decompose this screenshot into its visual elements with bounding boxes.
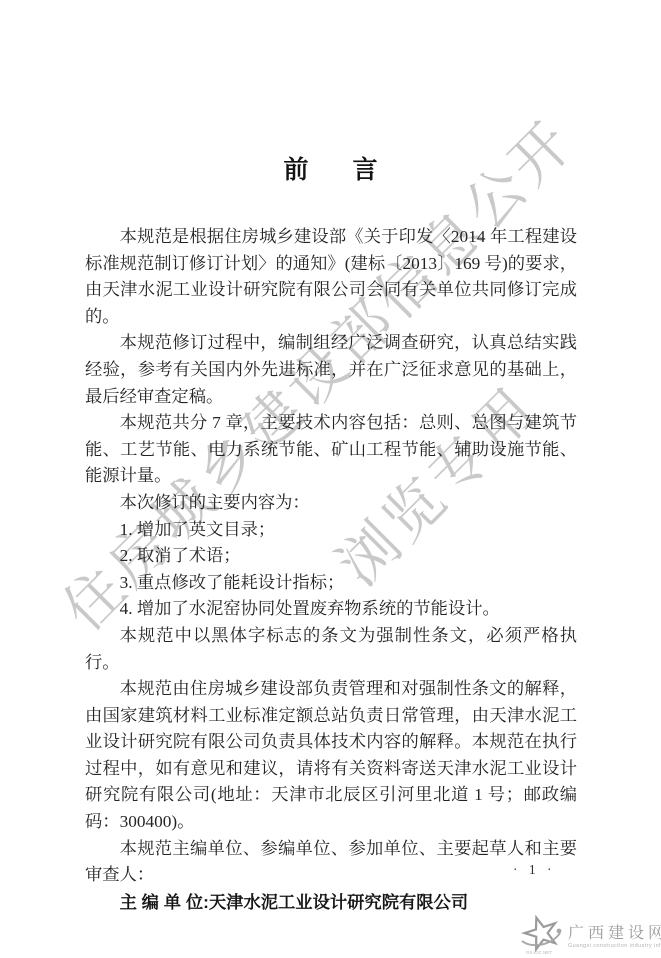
svg-text:GX-CIC NET: GX-CIC NET [526,950,552,955]
page-number: · 1 · [513,862,556,878]
paragraph-units-intro: 本规范主编单位、参编单位、参加单位、主要起草人和主要审查人： [85,836,577,889]
chief-editor-label: 主 编 单 位: [120,892,209,912]
title-char-second: 言 [353,156,378,184]
paragraph-revision-process: 本规范修订过程中，编制组经广泛调查研究，认真总结实践经验，参考有关国内外先进标准… [85,330,577,410]
paragraph-revision-intro: 本次修订的主要内容为： [85,490,577,517]
paragraph-chapters: 本规范共分 7 章，主要技术内容包括：总则、总图与建筑节能、工艺节能、电力系统节… [85,410,577,490]
revision-item: 4. 增加了水泥窑协同处置废弃物系统的节能设计。 [85,596,577,623]
revision-item: 1. 增加了英文目录； [85,517,577,544]
revision-item: 3. 重点修改了能耗设计指标； [85,570,577,597]
paragraph-basis: 本规范是根据住房城乡建设部《关于印发〈2014 年工程建设标准规范制订修订计划〉… [85,224,577,330]
title-char-first: 前 [283,156,308,184]
chief-editor-line: 主 编 单 位:天津水泥工业设计研究院有限公司 [85,889,577,917]
star-swoosh-icon: GX-CIC NET [518,911,564,958]
document-page: 住房城乡建设部信息公开 浏览专用 前言 本规范是根据住房城乡建设部《关于印发〈2… [0,0,661,958]
footer-logo-text: 广西建设网 Guangxi construction industry info… [568,926,661,950]
footer-logo-tagline: Guangxi construction industry informatio… [568,943,661,950]
body-text: 本规范是根据住房城乡建设部《关于印发〈2014 年工程建设标准规范制订修订计划〉… [85,224,577,916]
footer-logo: GX-CIC NET 广西建设网 Guangxi construction in… [518,911,661,958]
footer-logo-name: 广西建设网 [568,926,661,942]
revision-item: 2. 取消了术语； [85,543,577,570]
paragraph-management: 本规范由住房城乡建设部负责管理和对强制性条文的解释，由国家建筑材料工业标准定额总… [85,676,577,836]
page-title: 前言 [0,150,661,186]
chief-editor-value: 天津水泥工业设计研究院有限公司 [209,892,468,912]
paragraph-mandatory-clauses: 本规范中以黑体字标志的条文为强制性条文，必须严格执行。 [85,623,577,676]
